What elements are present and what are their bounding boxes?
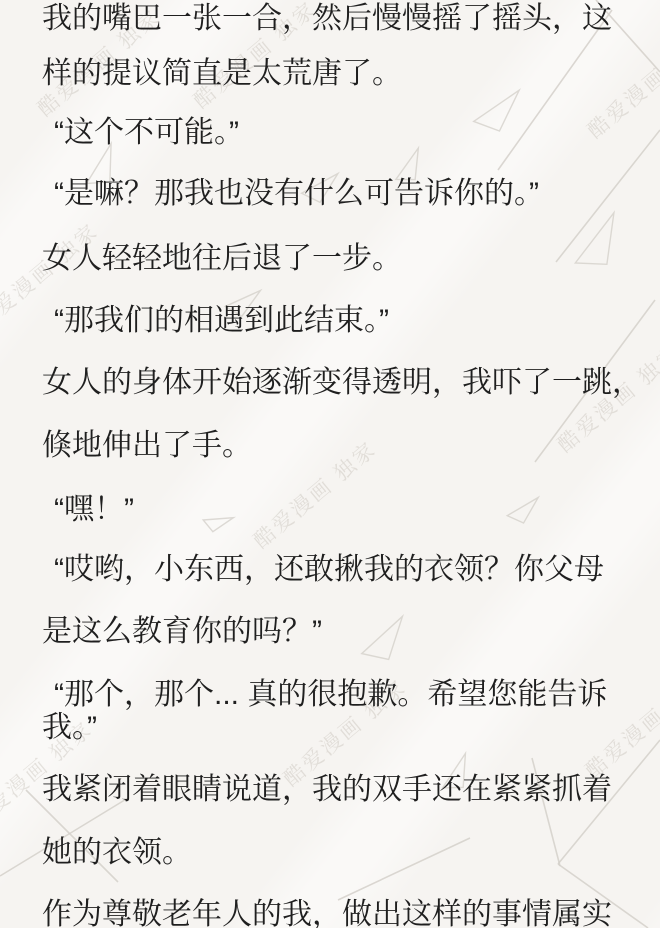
text-line: “哎哟，小东西，还敢揪我的衣领？你父母 (54, 553, 604, 588)
text-line: 她的衣领。 (42, 836, 192, 871)
text-line: “是嘛？那我也没有什么可告诉你的。” (54, 177, 539, 212)
text-line: “这个不可能。” (54, 116, 239, 151)
novel-text-content: 我的嘴巴一张一合，然后慢慢摇了摇头，这样的提议简直是太荒唐了。“这个不可能。”“… (0, 0, 660, 928)
novel-reader-page[interactable]: 酷爱漫画 独家酷爱漫画 独家酷爱漫画 独家酷爱漫画 独家酷爱漫画 独家酷爱漫画 … (0, 0, 660, 928)
text-line: 女人轻轻地往后退了一步。 (42, 242, 402, 277)
text-line: “那个，那个... 真的很抱歉。希望您能告诉 (54, 678, 607, 713)
text-line: 女人的身体开始逐渐变得透明，我吓了一跳， (42, 366, 642, 401)
text-line: “嘿！” (54, 493, 134, 528)
text-line: 我紧闭着眼睛说道，我的双手还在紧紧抓着 (42, 773, 612, 808)
text-line: 我的嘴巴一张一合，然后慢慢摇了摇头，这 (42, 2, 612, 37)
text-line: 作为尊敬老年人的我，做出这样的事情属实 (42, 898, 612, 928)
text-line: 是这么教育你的吗？” (42, 615, 322, 650)
text-line: “那我们的相遇到此结束。” (54, 304, 389, 339)
text-line: 我。” (42, 711, 97, 746)
text-line: 样的提议简直是太荒唐了。 (42, 57, 402, 92)
text-line: 倏地伸出了手。 (42, 429, 252, 464)
